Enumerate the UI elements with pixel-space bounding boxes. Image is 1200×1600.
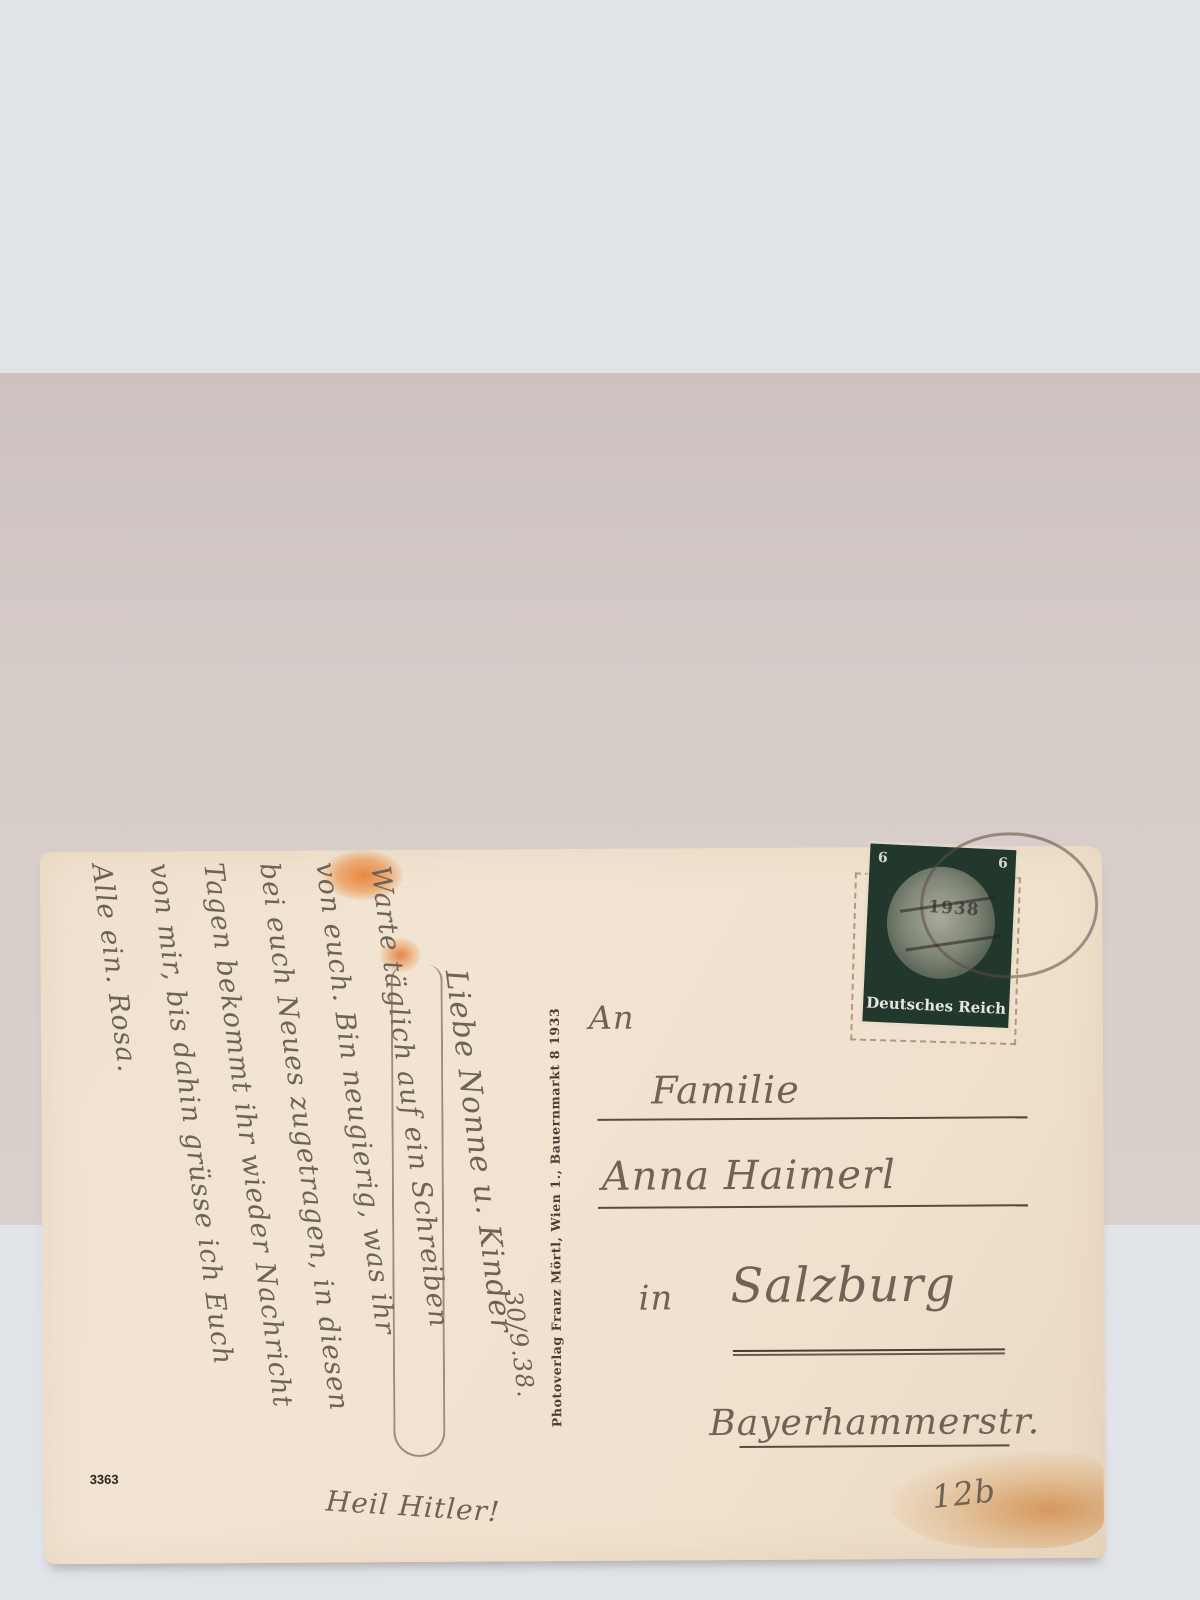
address-street: Bayerhammerstr. bbox=[709, 1401, 1040, 1444]
address-an: An bbox=[589, 999, 635, 1037]
postcard: Alle ein. Rosa. von mir, bis dahin grüss… bbox=[40, 846, 1106, 1564]
address-city: Salzburg bbox=[730, 1257, 956, 1314]
address-rule bbox=[739, 1444, 1009, 1448]
address-in: in bbox=[638, 1278, 673, 1318]
postmark-date: 1938 bbox=[928, 897, 980, 920]
letter-line: Alle ein. Rosa. bbox=[85, 862, 143, 1075]
letter-date: 30/9.38. bbox=[499, 1289, 541, 1399]
closing: Heil Hitler! bbox=[325, 1484, 501, 1528]
salutation: Liebe Nonne u. Kinder bbox=[438, 968, 520, 1336]
address-rule-double bbox=[733, 1348, 1005, 1352]
address-name: Anna Haimerl bbox=[602, 1152, 896, 1200]
address-familie: Familie bbox=[651, 1068, 800, 1113]
address-rule bbox=[597, 1116, 1027, 1121]
stamp-value: 6 bbox=[878, 850, 888, 866]
address-rule bbox=[598, 1204, 1028, 1209]
serial-number: 3363 bbox=[90, 1472, 119, 1487]
stamp-country: Deutsches Reich bbox=[863, 993, 1010, 1018]
decorative-line bbox=[391, 965, 446, 1457]
address-house-number: 12b bbox=[930, 1471, 998, 1516]
photo-background: Alle ein. Rosa. von mir, bis dahin grüss… bbox=[0, 373, 1200, 1225]
publisher-imprint: Photoverlag Franz Mörtl, Wien 1., Bauern… bbox=[547, 1008, 565, 1427]
